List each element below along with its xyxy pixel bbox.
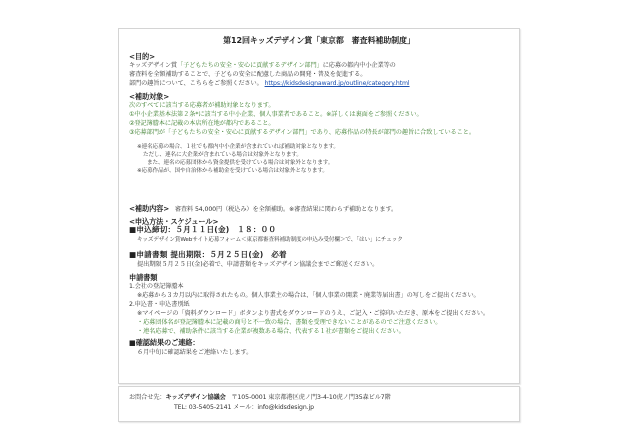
purpose-heading: <目的> — [129, 53, 155, 61]
purpose-text: に応募の都内中小企業等の — [323, 62, 396, 69]
contact-line1: お問合せ先：キッズデザイン協議会 〒105-0001 東京都港区虎ノ門3-4-1… — [129, 394, 391, 402]
document-item-2: 2.申込書・申込書別紙 — [129, 301, 190, 309]
confirmation-text: ６月中旬に確認結果をご連絡いたします。 — [137, 349, 252, 357]
eligibility-note-4: ※応募作品が、国や自治体から補助金を受けている場合は対象外となります。 — [137, 167, 328, 175]
organization-name: キッズデザイン協議会 — [166, 394, 226, 401]
application-deadline-detail: キッズデザイン賞Webサイト応募フォーム＜東京都審査料補助制度の申込み受付欄＞で… — [137, 236, 403, 244]
content-heading: <補助内容> — [129, 204, 169, 213]
purpose-category: 「子どもたちの安全・安心に貢献するデザイン部門」 — [177, 62, 323, 69]
eligibility-note-1: ※連名応募の場合、１社でも都内中小企業が含まれていれば補助対象となります。 — [137, 143, 339, 151]
eligibility-note-3: また、連名の応募団体から資金提供を受けている場合は対象外となります。 — [147, 159, 333, 167]
purpose-line2: 審査料を全額補助することで、子どもの安全に配慮した商品の開発・普及を促進する。 — [129, 71, 366, 79]
content-text: 審査料 54,000円（税込み）を全額補助。※審査結果に関わらず補助となります。 — [175, 206, 397, 213]
document-green-note-1: ・応募団体名が登記簿謄本に記載の商号と不一致の場合、書類を受理できないことがある… — [137, 319, 441, 327]
eligibility-item-2: ②登記簿謄本に記載の本店所在地が都内であること。 — [129, 120, 274, 128]
eligibility-item-3: ③応募部門が「子どもたちの安全・安心に貢献するデザイン部門」であり、応募作品の特… — [129, 129, 475, 137]
content-line: <補助内容> 審査料 54,000円（税込み）を全額補助。※審査結果に関わらず補… — [129, 205, 397, 214]
application-deadline: ■申込締切：５月１１日(金) １８：００ — [129, 226, 276, 234]
confirmation-heading: ■確認結果のご連絡： — [129, 339, 199, 347]
document-deadline-detail: 提出期限５月２５日(金)必着で、申請書類をキッズデザイン協議会までご郵送ください… — [137, 261, 378, 269]
purpose-text: キッズデザイン賞 — [129, 62, 177, 69]
contact-address: 〒105-0001 東京都港区虎ノ門3-4-10虎ノ門35森ビル7階 — [231, 394, 390, 401]
document-deadline: ■申請書類 提出期限：５月２５日(金) 必着 — [129, 251, 287, 259]
eligibility-heading: <補助対象> — [129, 93, 169, 101]
documents-heading: 申請書類 — [129, 274, 157, 282]
eligibility-intro: 次のすべてに該当する応募者が補助対象となります。 — [129, 102, 274, 110]
document-item-2-note: ※マイページの「資料ダウンロード」ボタンより書式をダウンロードのうえ、ご記入・ご… — [137, 310, 489, 318]
page-title: 第12回キッズデザイン賞「東京都 審査料補助制度」 — [119, 37, 519, 45]
purpose-text: 部門の趣旨について、こちらをご参照ください。 — [129, 80, 263, 87]
main-notice-box: 第12回キッズデザイン賞「東京都 審査料補助制度」 <目的> キッズデザイン賞「… — [118, 28, 520, 384]
document-green-note-2: ・連名応募で、補助条件に該当する企業が複数ある場合、代表する１社が書類をご提出く… — [137, 328, 405, 336]
contact-footer: お問合せ先：キッズデザイン協議会 〒105-0001 東京都港区虎ノ門3-4-1… — [118, 386, 520, 422]
eligibility-item-1: ①中小企業基本法第２条*に該当する中小企業、個人事業者であること。※詳しくは裏面… — [129, 111, 423, 119]
contact-line2: TEL: 03-5405-2141 メール：info@kidsdesign.jp — [174, 404, 314, 412]
contact-label: お問合せ先： — [129, 394, 166, 401]
category-link[interactable]: https://kidsdesignaward.jp/outline/categ… — [265, 80, 410, 87]
purpose-line1: キッズデザイン賞「子どもたちの安全・安心に貢献するデザイン部門」に応募の都内中小… — [129, 62, 396, 70]
document-item-1: 1.会社の登記簿謄本 — [129, 283, 183, 291]
eligibility-note-2: ただし、連名に大企業が含まれている場合は対象外となります。 — [143, 151, 302, 159]
purpose-line3: 部門の趣旨について、こちらをご参照ください。 https://kidsdesig… — [129, 80, 410, 88]
document-item-1-note: ※応募から３カ月以内に取得されたもの。個人事業主の場合は、「個人事業の開業・廃業… — [137, 292, 480, 300]
